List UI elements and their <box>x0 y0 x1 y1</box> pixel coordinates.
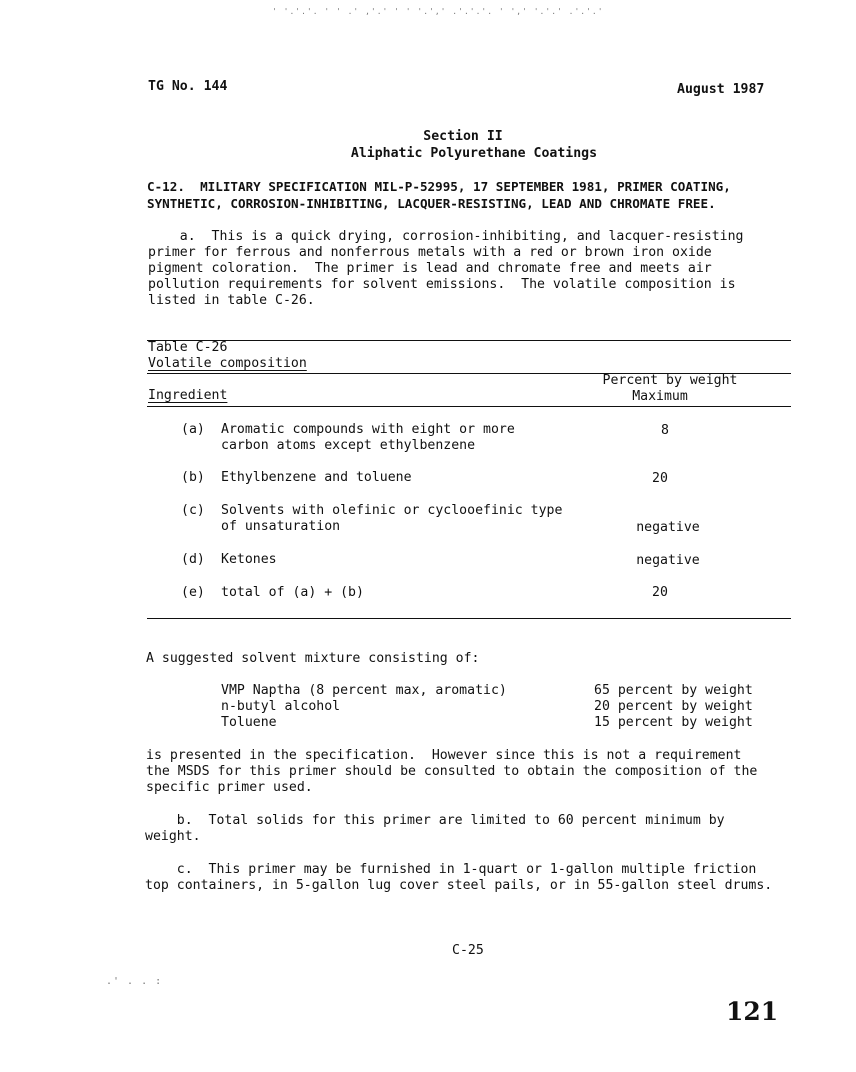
paragraph-line: weight. <box>145 829 201 845</box>
table-number: Table C-26 <box>148 340 227 356</box>
row-ingredient: total of (a) + (b) <box>221 585 364 601</box>
solvent-name: Toluene <box>221 715 277 731</box>
paragraph-line: a. This is a quick drying, corrosion-inh… <box>148 229 743 245</box>
row-label: (a) <box>181 422 205 438</box>
solvent-amount: 20 percent by weight <box>594 699 753 715</box>
column-header-percent: Percent by weight <box>570 373 770 389</box>
row-ingredient: Solvents with olefinic or cyclooefinic t… <box>221 503 562 519</box>
spec-heading-line2: SYNTHETIC, CORROSION-INHIBITING, LACQUER… <box>147 196 716 212</box>
page-label: C-25 <box>452 943 484 959</box>
row-label: (d) <box>181 552 205 568</box>
row-ingredient: Ketones <box>221 552 277 568</box>
paragraph-line: listed in table C-26. <box>148 293 315 309</box>
doc-number: TG No. 144 <box>148 79 227 95</box>
solvent-name: n-butyl alcohol <box>221 699 340 715</box>
paragraph-line: pigment coloration. The primer is lead a… <box>148 261 712 277</box>
row-value: 8 <box>610 423 720 439</box>
spec-heading-line1: C-12. MILITARY SPECIFICATION MIL-P-52995… <box>147 179 731 195</box>
paragraph-line: c. This primer may be furnished in 1-qua… <box>145 862 756 878</box>
scan-artifact: .' . . : <box>106 974 162 990</box>
section-number: Section II <box>0 129 856 145</box>
row-ingredient: Aromatic compounds with eight or more <box>221 422 515 438</box>
column-header-maximum: Maximum <box>560 389 760 405</box>
table-rule-header <box>147 406 791 407</box>
row-value: negative <box>613 520 723 536</box>
row-ingredient-cont: of unsaturation <box>221 519 340 535</box>
paragraph-line: top containers, in 5-gallon lug cover st… <box>145 878 772 894</box>
table-rule-top <box>147 340 791 341</box>
page-stamp-number: 121 <box>726 1004 778 1020</box>
row-value: 20 <box>605 585 715 601</box>
paragraph-line: the MSDS for this primer should be consu… <box>146 764 757 780</box>
paragraph-line: pollution requirements for solvent emiss… <box>148 277 736 293</box>
row-label: (e) <box>181 585 205 601</box>
solvent-amount: 15 percent by weight <box>594 715 753 731</box>
table-rule-bottom <box>147 618 791 619</box>
paragraph-line: specific primer used. <box>146 780 313 796</box>
row-value: 20 <box>605 471 715 487</box>
paragraph-line: b. Total solids for this primer are limi… <box>145 813 725 829</box>
row-ingredient-cont: carbon atoms except ethylbenzene <box>221 438 475 454</box>
row-label: (b) <box>181 470 205 486</box>
row-ingredient: Ethylbenzene and toluene <box>221 470 412 486</box>
doc-date: August 1987 <box>677 82 764 98</box>
table-caption: Volatile composition <box>148 356 307 372</box>
column-header-ingredient: Ingredient <box>148 388 227 404</box>
solvent-amount: 65 percent by weight <box>594 683 753 699</box>
solvent-intro: A suggested solvent mixture consisting o… <box>146 651 479 667</box>
solvent-name: VMP Naptha (8 percent max, aromatic) <box>221 683 507 699</box>
row-value: negative <box>613 553 723 569</box>
scan-artifact: ' '.'.'. ' ' .' ,'.' ' ' '.',' .'.'.'. '… <box>272 4 604 20</box>
paragraph-line: is presented in the specification. Howev… <box>146 748 741 764</box>
row-label: (c) <box>181 503 205 519</box>
section-title: Aliphatic Polyurethane Coatings <box>0 146 856 162</box>
paragraph-line: primer for ferrous and nonferrous metals… <box>148 245 712 261</box>
